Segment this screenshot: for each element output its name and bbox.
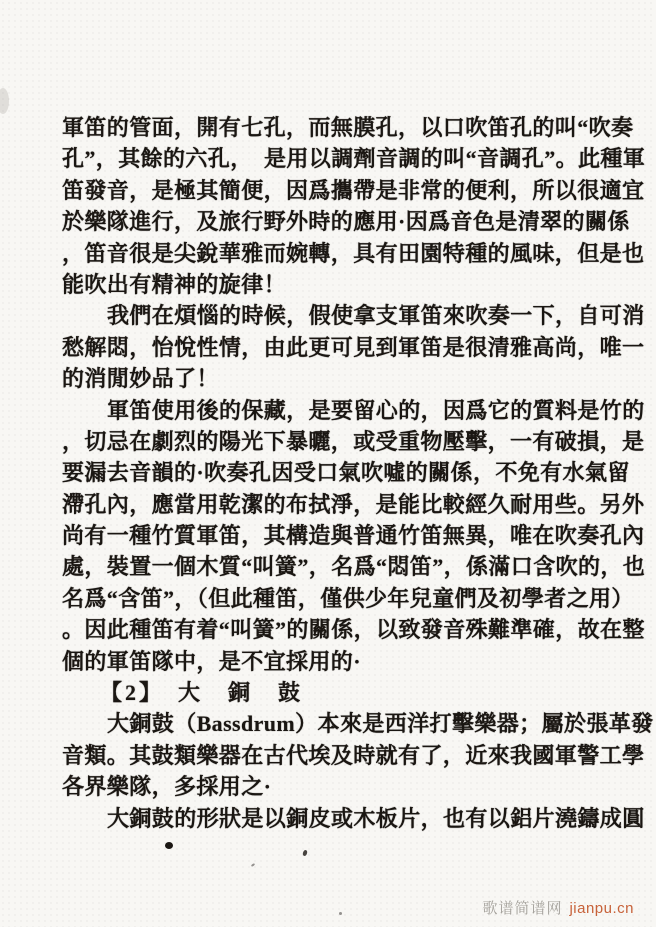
text-line: 的消閒妙品了！ — [62, 363, 610, 394]
text-line: 大銅鼓的形狀是以銅皮或木板片，也有以鋁片澆鑄成圓 — [62, 803, 610, 834]
text-line: 我們在煩惱的時候，假使拿支軍笛來吹奏一下，自可消 — [62, 300, 610, 331]
watermark-site-name: 歌谱简谱网 — [482, 901, 562, 917]
text-line: 音類。其鼓類樂器在古代埃及時就有了，近來我國軍警工學 — [62, 740, 610, 771]
watermark: 歌谱简谱网jianpu.cn — [482, 897, 634, 918]
text-line: 個的軍笛隊中，是不宜採用的· — [62, 646, 610, 677]
ink-speck — [165, 842, 173, 849]
text-line: 於樂隊進行，及旅行野外時的應用·因爲音色是清翠的關係 — [62, 206, 610, 237]
text-line: 愁解悶，怡悅性情，由此更可見到軍笛是很清雅高尚，唯一 — [62, 332, 610, 363]
text-line: 能吹出有精神的旋律！ — [62, 269, 610, 300]
scanned-book-page: 軍笛的管面，開有七孔，而無膜孔，以口吹笛孔的叫“吹奏孔”，其餘的六孔， 是用以調… — [0, 0, 656, 927]
section-heading: 【2】 大 銅 鼓 — [62, 677, 610, 708]
text-line: 笛發音，是極其簡便，因爲攜帶是非常的便利，所以很適宜 — [62, 175, 610, 206]
text-line: 各界樂隊，多採用之· — [62, 771, 610, 802]
text-line: 大銅鼓（Bassdrum）本來是西洋打擊樂器；屬於張革發 — [62, 708, 610, 739]
text-line: ，笛音很是尖銳華雅而婉轉，具有田園特種的風味，但是也 — [62, 238, 610, 269]
text-line: 要漏去音韻的·吹奏孔因受口氣吹噓的關係，不免有水氣留 — [62, 457, 610, 488]
text-line: 軍笛使用後的保藏，是要留心的，因爲它的質料是竹的 — [62, 395, 610, 426]
page-text: 軍笛的管面，開有七孔，而無膜孔，以口吹笛孔的叫“吹奏孔”，其餘的六孔， 是用以調… — [62, 112, 610, 834]
text-line: 滯孔內，應當用乾潔的布拭淨，是能比較經久耐用些。另外 — [62, 489, 610, 520]
ink-speck — [251, 863, 255, 867]
text-line: 名爲“含笛”，（但此種笛，僅供少年兒童們及初學者之用） — [62, 583, 610, 614]
ink-speck — [339, 912, 342, 915]
text-line: 。因此種笛有着“叫簧”的關係，以致發音殊難準確，故在整 — [62, 614, 610, 645]
scan-smudge — [0, 88, 9, 114]
text-line: 處，裝置一個木質“叫簧”，名爲“悶笛”，係滿口含吹的，也 — [62, 551, 610, 582]
watermark-site-url[interactable]: jianpu.cn — [569, 900, 634, 917]
text-line: 孔”，其餘的六孔， 是用以調劑音調的叫“音調孔”。此種軍 — [62, 143, 610, 174]
text-line: 軍笛的管面，開有七孔，而無膜孔，以口吹笛孔的叫“吹奏 — [62, 112, 610, 143]
ink-speck — [302, 850, 308, 857]
text-line: 尚有一種竹質軍笛，其構造與普通竹笛無異，唯在吹奏孔內 — [62, 520, 610, 551]
text-line: ，切忌在劇烈的陽光下暴曬，或受重物壓擊，一有破損，是 — [62, 426, 610, 457]
